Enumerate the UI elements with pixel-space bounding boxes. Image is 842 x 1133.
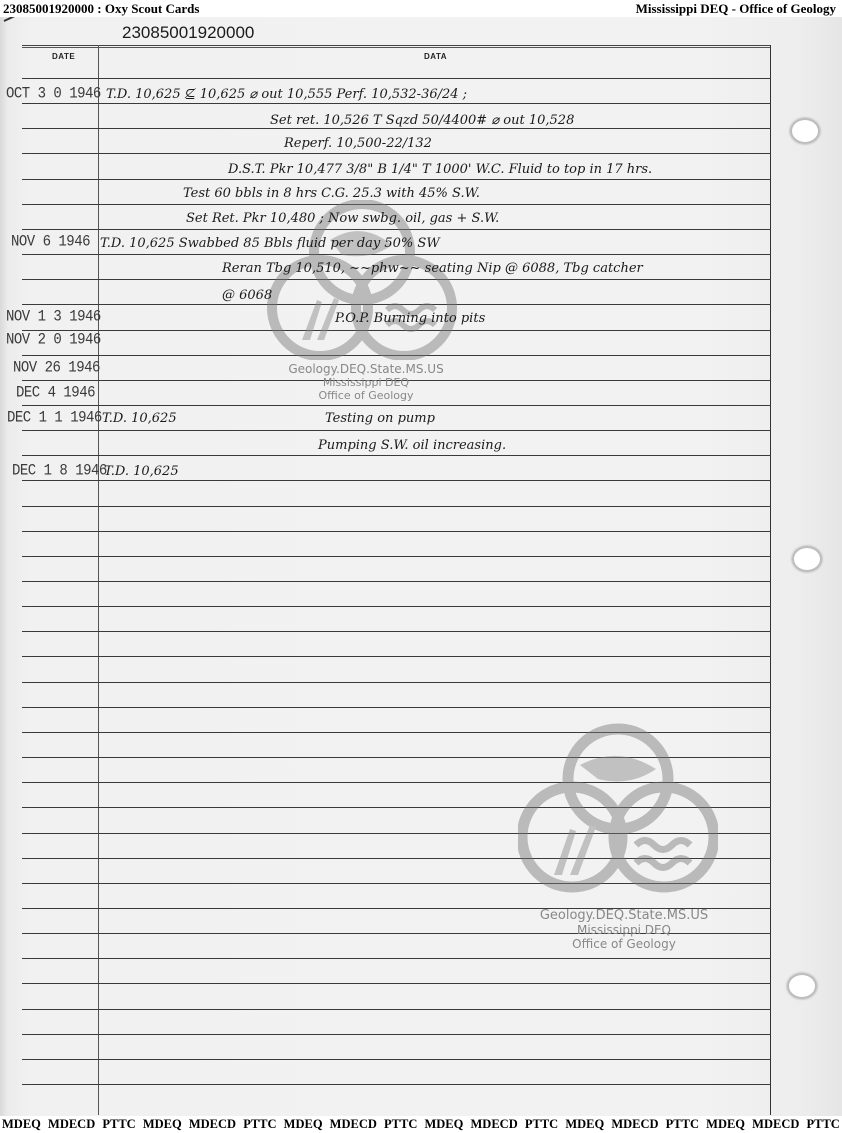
entry-line: D.S.T. Pkr 10,477 3/8" B 1/4" T 1000' W.… [228, 162, 652, 177]
entry-line: P.O.P. Burning into pits [335, 311, 485, 326]
agency-title: Mississippi DEQ - Office of Geology [636, 1, 836, 17]
footer-item: MDEQ [284, 1117, 323, 1132]
ruled-line [22, 656, 771, 657]
api-number: 23085001920000 [122, 23, 254, 43]
footer-item: MDECD [471, 1117, 518, 1132]
footer-item: PTTC [102, 1117, 135, 1132]
footer-item: MDECD [48, 1117, 95, 1132]
header-rule [22, 45, 771, 46]
ruled-line [22, 531, 771, 532]
footer-item: MDECD [330, 1117, 377, 1132]
footer-bar: MDEQMDECDPTTCMDEQMDECDPTTCMDEQMDECDPTTCM… [0, 1116, 842, 1133]
entry-date: DEC 4 1946 [16, 384, 95, 402]
column-header-data: DATA [424, 52, 447, 61]
punch-hole [787, 973, 817, 999]
entry-date: NOV 6 1946 [11, 233, 90, 251]
entry-date: NOV 2 0 1946 [6, 331, 101, 349]
footer-item: PTTC [384, 1117, 417, 1132]
entry-line: Reran Tbg 10,510, ~~phw~~ seating Nip @ … [222, 261, 643, 276]
watermark-text: Geology.DEQ.State.MS.US Mississippi DEQ … [272, 363, 460, 402]
entry-date: NOV 1 3 1946 [6, 308, 101, 326]
entry-line: Set Ret. Pkr 10,480 ; Now swbg. oil, gas… [186, 211, 499, 226]
ruled-line [22, 1009, 771, 1010]
entry-date: DEC 1 8 1946 [12, 462, 107, 480]
ruled-line [22, 556, 771, 557]
ruled-line [22, 480, 771, 481]
footer-item: MDEQ [424, 1117, 463, 1132]
ruled-line [22, 405, 771, 406]
entry-date: DEC 1 1 1946 [7, 409, 102, 427]
ruled-line [22, 581, 771, 582]
punch-hole [790, 118, 820, 144]
pen-mark [4, 17, 37, 22]
footer-item: MDECD [752, 1117, 799, 1132]
scout-card: 23085001920000 DATE DATA Geology.DEQ.Sta… [0, 17, 842, 1116]
ruled-line [22, 983, 771, 984]
ruled-line [22, 506, 771, 507]
entry-line: Reperf. 10,500-22/132 [284, 136, 432, 151]
watermark-text: Geology.DEQ.State.MS.US Mississippi DEQ … [524, 909, 724, 951]
right-margin-rule [770, 45, 771, 1115]
entry-line: T.D. 10,625 ⊈ 10,625 ⌀ out 10,555 Perf. … [106, 87, 467, 102]
entry-line: T.D. 10,625 [104, 464, 179, 479]
ruled-line [22, 1084, 771, 1085]
column-header-date: DATE [52, 52, 75, 61]
ruled-line [22, 707, 771, 708]
footer-item: PTTC [243, 1117, 276, 1132]
page-header: 23085001920000 : Oxy Scout Cards Mississ… [0, 0, 842, 17]
footer-item: MDEQ [565, 1117, 604, 1132]
mdeq-three-rings-logo-icon [518, 717, 718, 897]
footer-item: PTTC [807, 1117, 840, 1132]
entry-line: T.D. 10,625 Swabbed 85 Bbls fluid per da… [100, 236, 440, 251]
ruled-line [22, 430, 771, 431]
footer-item: MDEQ [706, 1117, 745, 1132]
footer-item: PTTC [525, 1117, 558, 1132]
date-column-divider [98, 45, 99, 1115]
footer-item: MDEQ [143, 1117, 182, 1132]
entry-line: @ 6068 [222, 288, 272, 303]
ruled-line [22, 958, 771, 959]
ruled-line [22, 78, 771, 79]
entry-date: OCT 3 0 1946 [6, 85, 101, 103]
ruled-line [22, 1034, 771, 1035]
ruled-line [22, 179, 771, 180]
entry-date: NOV 26 1946 [13, 359, 100, 377]
footer-item: PTTC [666, 1117, 699, 1132]
entry-line: T.D. 10,625 [102, 411, 177, 426]
footer-item: MDECD [611, 1117, 658, 1132]
document-title: 23085001920000 : Oxy Scout Cards [3, 1, 199, 17]
punch-hole [792, 546, 822, 572]
footer-item: MDECD [189, 1117, 236, 1132]
ruled-line [22, 606, 771, 607]
ruled-line [22, 455, 771, 456]
entry-line: Set ret. 10,526 T Sqzd 50/4400# ⌀ out 10… [270, 113, 574, 128]
header-rule [22, 47, 771, 48]
ruled-line [22, 103, 771, 104]
footer-item: MDEQ [2, 1117, 41, 1132]
ruled-line [22, 682, 771, 683]
ruled-line [22, 128, 771, 129]
entry-line: Testing on pump [325, 411, 435, 426]
entry-line: Pumping S.W. oil increasing. [318, 438, 506, 453]
ruled-line [22, 1059, 771, 1060]
entry-line: Test 60 bbls in 8 hrs C.G. 25.3 with 45%… [183, 186, 480, 201]
ruled-line [22, 153, 771, 154]
ruled-line [22, 631, 771, 632]
